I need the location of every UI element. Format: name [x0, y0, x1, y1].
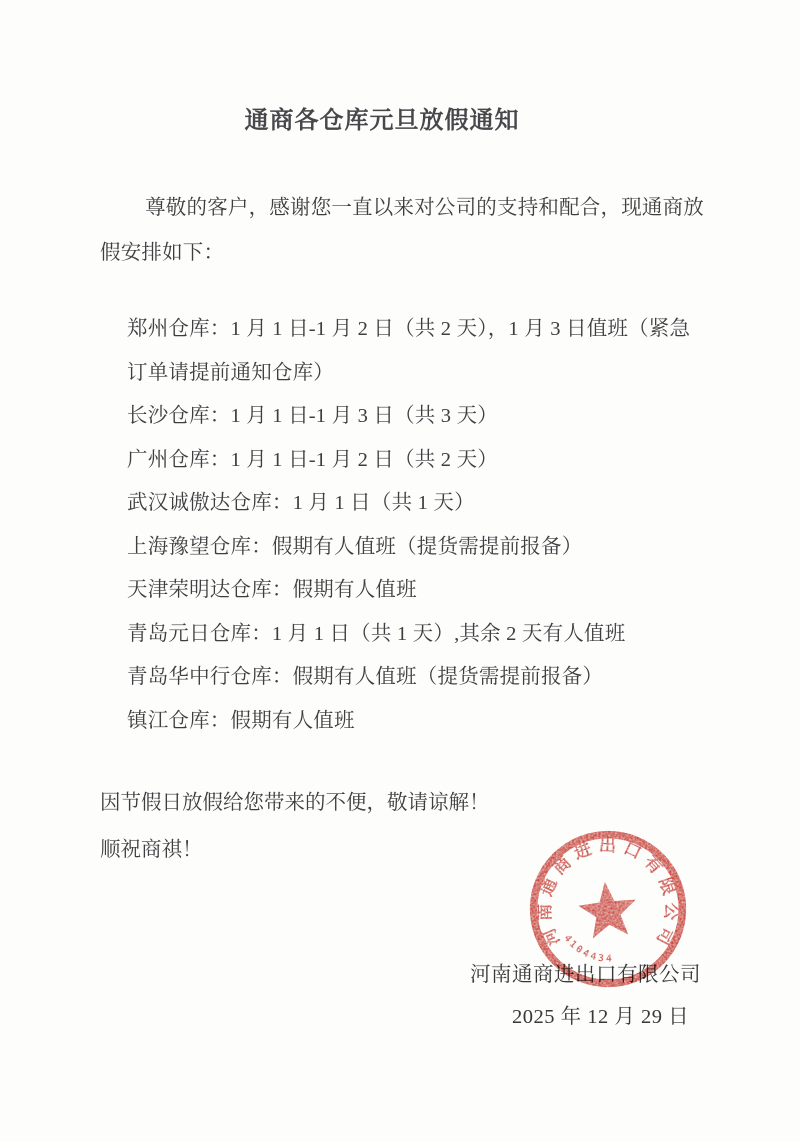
seal-star-icon — [576, 879, 639, 940]
warehouse-item-zhengzhou: 郑州仓库：1 月 1 日-1 月 2 日（共 2 天），1 月 3 日值班（紧急… — [127, 308, 702, 395]
company-seal-stamp: 河南通商进出口有限公司 4104434 — [522, 823, 694, 995]
warehouse-list: 郑州仓库：1 月 1 日-1 月 2 日（共 2 天），1 月 3 日值班（紧急… — [127, 308, 702, 743]
closing-apology-line: 因节假日放假给您带来的不便，敬请谅解！ — [100, 780, 720, 827]
warehouse-item-shanghai: 上海豫望仓库：假期有人值班（提货需提前报备） — [127, 526, 702, 570]
warehouse-item-qingdao-yuanri: 青岛元日仓库：1 月 1 日（共 1 天）,其余 2 天有人值班 — [127, 613, 702, 657]
warehouse-item-zhenjiang: 镇江仓库：假期有人值班 — [127, 700, 702, 744]
warehouse-item-guangzhou: 广州仓库：1 月 1 日-1 月 2 日（共 2 天） — [127, 439, 702, 483]
signature-date: 2025 年 12 月 29 日 — [512, 1003, 689, 1031]
scanned-notice-page: 通商各仓库元旦放假通知 尊敬的客户，感谢您一直以来对公司的支持和配合，现通商放假… — [0, 0, 800, 1141]
warehouse-item-qingdao-huazhonghang: 青岛华中行仓库：假期有人值班（提货需提前报备） — [127, 656, 702, 700]
warehouse-item-changsha: 长沙仓库：1 月 1 日-1 月 3 日（共 3 天） — [127, 395, 702, 439]
warehouse-item-tianjin: 天津荣明达仓库：假期有人值班 — [127, 569, 702, 613]
greeting-paragraph: 尊敬的客户，感谢您一直以来对公司的支持和配合，现通商放假安排如下： — [100, 186, 706, 276]
warehouse-item-wuhan: 武汉诚傲达仓库：1 月 1 日（共 1 天） — [127, 482, 702, 526]
svg-text:4104434: 4104434 — [561, 933, 614, 965]
seal-code-digits: 4104434 — [561, 933, 614, 965]
notice-title: 通商各仓库元旦放假通知 — [0, 100, 782, 135]
